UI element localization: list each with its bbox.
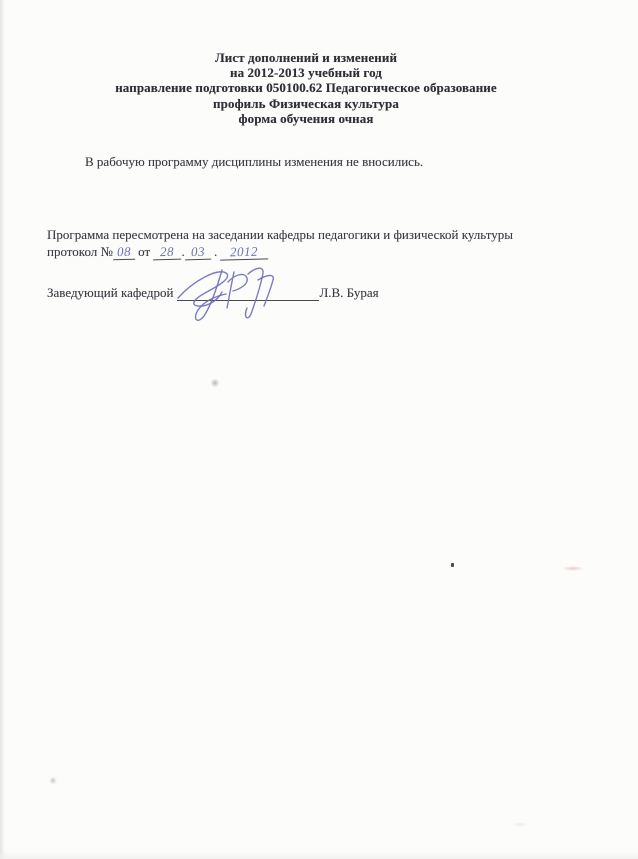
title-line-2: на 2012-2013 учебный год bbox=[0, 65, 625, 80]
signature-role-label: Заведующий кафедрой bbox=[47, 285, 173, 300]
title-line-5: форма обучения очная bbox=[0, 111, 625, 126]
protocol-number-handwritten: 08 bbox=[113, 245, 135, 261]
document-title-block: Лист дополнений и изменений на 2012-2013… bbox=[0, 50, 625, 126]
scan-edge-bottom bbox=[0, 851, 638, 859]
scan-artifact-speck bbox=[49, 776, 57, 785]
revision-statement: Программа пересмотрена на заседании кафе… bbox=[47, 226, 587, 244]
date-year-handwritten: 2012 bbox=[220, 244, 268, 260]
protocol-label: протокол № bbox=[47, 244, 113, 259]
scan-artifact-speck bbox=[210, 378, 220, 388]
from-label: от bbox=[135, 244, 154, 259]
date-month-handwritten: 03 bbox=[184, 245, 210, 261]
date-day-handwritten: 28 bbox=[153, 245, 181, 261]
title-line-3: направление подготовки 050100.62 Педагог… bbox=[0, 80, 625, 95]
signature-line bbox=[177, 287, 319, 301]
scan-artifact-smudge bbox=[562, 566, 584, 571]
scan-edge-left bbox=[0, 0, 5, 859]
signature-name: Л.В. Бурая bbox=[319, 285, 378, 300]
document-page: Лист дополнений и изменений на 2012-2013… bbox=[0, 0, 638, 859]
title-line-1: Лист дополнений и изменений bbox=[0, 50, 625, 65]
protocol-line: протокол №08 от 28.03 . 2012 bbox=[47, 244, 268, 260]
scan-artifact-smudge bbox=[512, 822, 528, 827]
scan-artifact-speck bbox=[451, 563, 454, 567]
title-line-4: профиль Физическая культура bbox=[0, 96, 625, 111]
signature-row: Заведующий кафедройЛ.В. Бурая bbox=[47, 285, 379, 301]
no-changes-statement: В рабочую программу дисциплины изменения… bbox=[85, 154, 423, 170]
